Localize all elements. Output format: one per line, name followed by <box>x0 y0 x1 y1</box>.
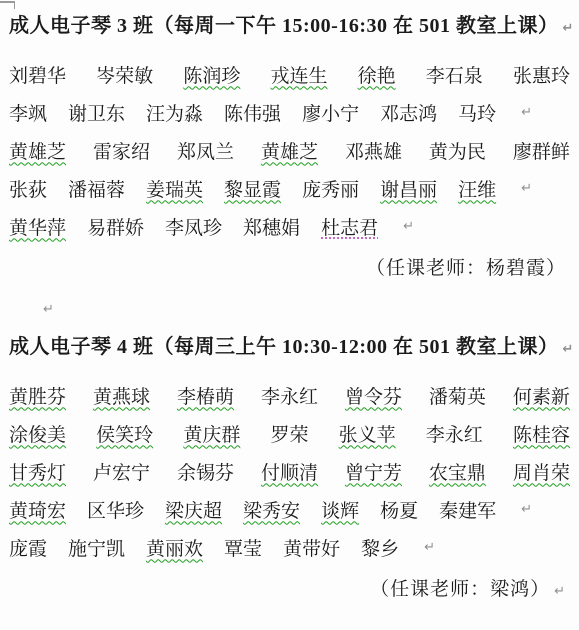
student-name: 黄庆群 <box>183 420 240 447</box>
student-name: 黄琦宏 <box>9 496 66 523</box>
student-name: 邓燕雄 <box>345 137 402 164</box>
student-name: 谢卫东 <box>68 99 125 126</box>
class-4-teacher-text: （任课老师：梁鸿） <box>370 579 550 600</box>
student-name: 涂俊美 <box>9 420 66 447</box>
student-name: 梁秀安 <box>243 496 300 523</box>
student-name: 潘福蓉 <box>68 175 125 202</box>
student-name: 黄雄芝 <box>261 137 318 164</box>
class-3-section: 成人电子琴 3 班（每周一下午 15:00-16:30 在 501 教室上课）↵… <box>9 10 570 287</box>
paragraph-mark-icon: ↵ <box>521 105 532 120</box>
student-name: 郑凤兰 <box>177 137 234 164</box>
student-name: 郑穗娟 <box>243 213 300 240</box>
student-name: 付顺清 <box>261 458 318 485</box>
student-name: 邓志鸿 <box>380 99 437 126</box>
student-name: 杜志君 <box>321 213 378 240</box>
class-4-teacher-line: （任课老师：梁鸿）↵ <box>9 566 570 608</box>
name-row: 李飒谢卫东汪为淼陈伟强廖小宁邓志鸿马玲↵ <box>9 93 570 131</box>
class-3-teacher-line: （任课老师：杨碧霞） <box>9 245 570 287</box>
student-name: 余锡芬 <box>177 458 234 485</box>
student-name: 陈伟强 <box>224 99 281 126</box>
student-name: 农宝鼎 <box>429 458 486 485</box>
student-name: 黄胜芬 <box>9 382 66 409</box>
student-name: 黄雄芝 <box>9 137 66 164</box>
name-row: 刘碧华岑荣敏陈润珍戎连生徐艳李石泉张惠玲 <box>9 55 570 93</box>
paragraph-mark-icon: ↵ <box>403 219 414 234</box>
paragraph-mark-icon: ↵ <box>521 502 532 517</box>
student-name: 李飒 <box>9 99 47 126</box>
student-name: 梁庆超 <box>165 496 222 523</box>
student-name: 张惠玲 <box>513 61 570 88</box>
word-document-page: 成人电子琴 3 班（每周一下午 15:00-16:30 在 501 教室上课）↵… <box>0 0 579 630</box>
student-name: 施宁凯 <box>68 534 125 561</box>
student-name: 黄为民 <box>429 137 486 164</box>
class-4-section: 成人电子琴 4 班（每周三上午 10:30-12:00 在 501 教室上课）↵… <box>9 331 570 608</box>
student-name: 岑荣敏 <box>96 61 153 88</box>
name-row: 黄华萍易群娇李凤珍郑穗娟杜志君↵ <box>9 207 570 245</box>
student-name: 曾宁芳 <box>345 458 402 485</box>
paragraph-mark-icon: ↵ <box>424 540 435 555</box>
student-name: 汪维 <box>458 175 496 202</box>
student-name: 侯笑玲 <box>96 420 153 447</box>
student-name: 区华珍 <box>87 496 144 523</box>
student-name: 徐艳 <box>358 61 396 88</box>
student-name: 何素新 <box>513 382 570 409</box>
student-name: 黄带好 <box>283 534 340 561</box>
name-row: 黄雄芝雷家绍郑凤兰黄雄芝邓燕雄黄为民廖群鲜 <box>9 131 570 169</box>
student-name: 李凤珍 <box>165 213 222 240</box>
class-4-title: 成人电子琴 4 班（每周三上午 10:30-12:00 在 501 教室上课）↵ <box>9 331 570 366</box>
class-3-teacher-text: （任课老师：杨碧霞） <box>366 258 566 279</box>
paragraph-mark-icon: ↵ <box>554 584 566 599</box>
student-name: 黄燕球 <box>93 382 150 409</box>
student-name: 李永红 <box>426 420 483 447</box>
student-name: 陈桂容 <box>513 420 570 447</box>
paragraph-mark-icon: ↵ <box>43 302 54 317</box>
student-name: 潘菊英 <box>429 382 486 409</box>
student-name: 谈辉 <box>321 496 359 523</box>
paragraph-mark-icon: ↵ <box>562 342 573 357</box>
student-name: 马玲 <box>458 99 496 126</box>
name-row: 甘秀灯卢宏宁余锡芬付顺清曾宁芳农宝鼎周肖荣 <box>9 452 570 490</box>
name-row: 黄胜芬黄燕球李椿萌李永红曾令芬潘菊英何素新 <box>9 376 570 414</box>
student-name: 张荻 <box>9 175 47 202</box>
student-name: 黄丽欢 <box>146 534 203 561</box>
student-name: 易群娇 <box>87 213 144 240</box>
student-name: 庞霞 <box>9 534 47 561</box>
class-3-title: 成人电子琴 3 班（每周一下午 15:00-16:30 在 501 教室上课）↵ <box>9 10 570 45</box>
student-name: 刘碧华 <box>9 61 66 88</box>
student-name: 庞秀丽 <box>302 175 359 202</box>
paragraph-mark-icon: ↵ <box>562 21 573 36</box>
student-name: 谢昌丽 <box>380 175 437 202</box>
student-name: 廖群鲜 <box>513 137 570 164</box>
name-row: 涂俊美侯笑玲黄庆群罗荣张义苹李永红陈桂容 <box>9 414 570 452</box>
class-4-title-text: 成人电子琴 4 班（每周三上午 10:30-12:00 在 501 教室上课） <box>9 336 558 358</box>
student-name: 秦建军 <box>439 496 496 523</box>
student-name: 李石泉 <box>426 61 483 88</box>
student-name: 曾令芬 <box>345 382 402 409</box>
empty-paragraph: ↵ <box>9 287 570 331</box>
student-name: 覃莹 <box>224 534 262 561</box>
class-3-title-text: 成人电子琴 3 班（每周一下午 15:00-16:30 在 501 教室上课） <box>9 15 558 37</box>
student-name: 杨夏 <box>380 496 418 523</box>
name-row: 张荻潘福蓉姜瑞英黎显霞庞秀丽谢昌丽汪维↵ <box>9 169 570 207</box>
student-name: 罗荣 <box>270 420 308 447</box>
student-name: 雷家绍 <box>93 137 150 164</box>
student-name: 卢宏宁 <box>93 458 150 485</box>
student-name: 陈润珍 <box>183 61 240 88</box>
student-name: 廖小宁 <box>302 99 359 126</box>
student-name: 张义苹 <box>339 420 396 447</box>
student-name: 汪为淼 <box>146 99 203 126</box>
student-name: 黎显霞 <box>224 175 281 202</box>
student-name: 姜瑞英 <box>146 175 203 202</box>
student-name: 黎乡 <box>361 534 399 561</box>
student-name: 黄华萍 <box>9 213 66 240</box>
student-name: 周肖荣 <box>513 458 570 485</box>
student-name: 甘秀灯 <box>9 458 66 485</box>
student-name: 李永红 <box>261 382 318 409</box>
student-name: 戎连生 <box>270 61 327 88</box>
class-4-roster: 黄胜芬黄燕球李椿萌李永红曾令芬潘菊英何素新涂俊美侯笑玲黄庆群罗荣张义苹李永红陈桂… <box>9 376 570 566</box>
student-name: 李椿萌 <box>177 382 234 409</box>
class-3-roster: 刘碧华岑荣敏陈润珍戎连生徐艳李石泉张惠玲李飒谢卫东汪为淼陈伟强廖小宁邓志鸿马玲↵… <box>9 55 570 245</box>
name-row: 庞霞施宁凯黄丽欢覃莹黄带好黎乡↵ <box>9 528 570 566</box>
name-row: 黄琦宏区华珍梁庆超梁秀安谈辉杨夏秦建军↵ <box>9 490 570 528</box>
paragraph-mark-icon: ↵ <box>521 181 532 196</box>
margin-crop-mark <box>0 1 15 9</box>
